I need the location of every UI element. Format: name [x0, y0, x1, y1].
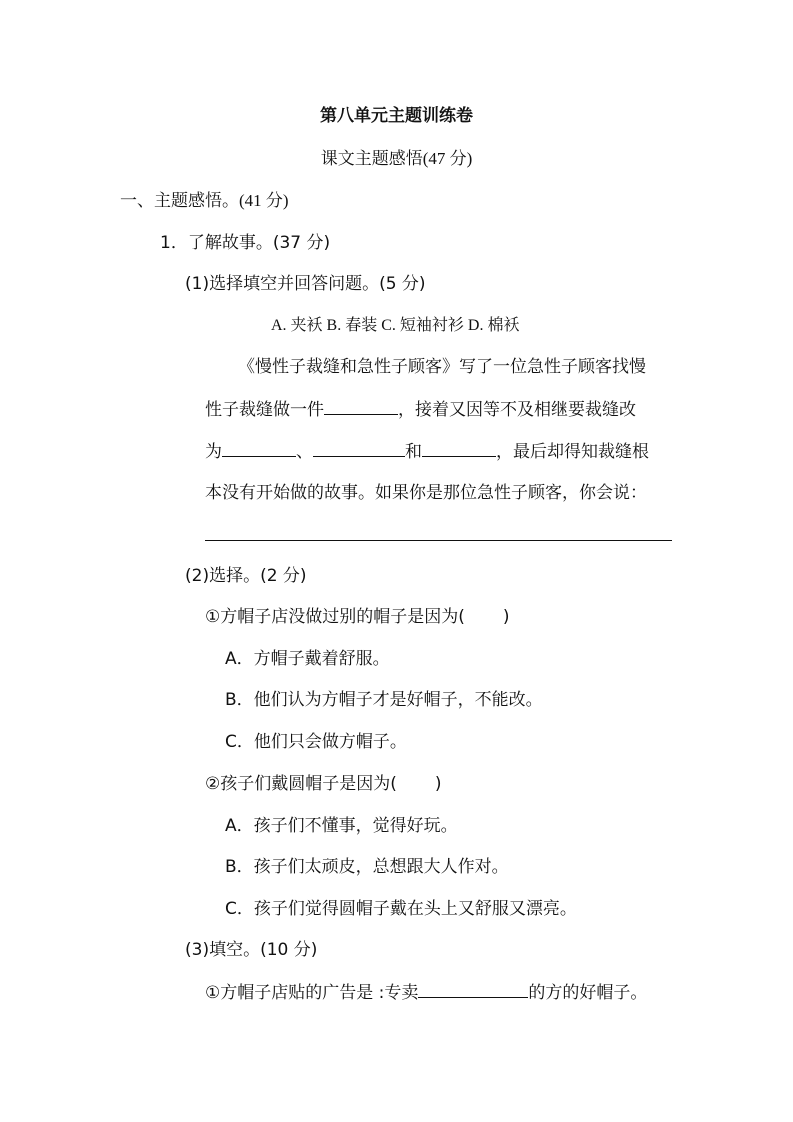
option-2a-c: C．他们只会做方帽子。	[225, 731, 407, 753]
answer-blank-1[interactable]	[324, 398, 398, 415]
answer-blank-3[interactable]	[313, 440, 405, 457]
paren-close: )	[435, 774, 442, 794]
option-2b-b: B．孩子们太顽皮，总想跟大人作对。	[225, 856, 509, 878]
answer-blank-2[interactable]	[222, 440, 296, 457]
paragraph-text: 为	[205, 442, 222, 462]
paragraph-text: ，最后却得知裁缝根	[496, 442, 649, 462]
paren-close: )	[503, 607, 510, 627]
subtitle-text: 课文主题感悟	[321, 149, 423, 169]
answer-blank-5[interactable]	[418, 981, 528, 998]
part-2-heading: (2)选择。(2 分)	[185, 565, 307, 587]
question-2a-stem: ①方帽子店没做过别的帽子是因为()	[205, 606, 510, 628]
paragraph-line-3: 为、和，最后却得知裁缝根	[205, 440, 649, 463]
question-2b-stem: ②孩子们戴圆帽子是因为()	[205, 773, 442, 795]
option-2b-a: A．孩子们不懂事，觉得好玩。	[225, 815, 458, 837]
paragraph-text: ，接着又因等不及相继要裁缝改	[398, 400, 636, 420]
option-2a-a: A．方帽子戴着舒服。	[225, 648, 390, 670]
section-1-label: 一、主题感悟。	[120, 191, 239, 211]
question-1-heading: 1．了解故事。(37 分)	[160, 232, 330, 254]
part-1-heading: (1)选择填空并回答问题。(5 分)	[185, 273, 426, 295]
option-2a-b: B．他们认为方帽子才是好帽子，不能改。	[225, 689, 543, 711]
page-title: 第八单元主题训练卷	[0, 105, 793, 127]
paragraph-line-4: 本没有开始做的故事。如果你是那位急性子顾客，你会说：	[205, 482, 647, 504]
option-2b-c: C．孩子们觉得圆帽子戴在头上又舒服又漂亮。	[225, 898, 577, 920]
answer-blank-4[interactable]	[422, 440, 496, 457]
part-1-options: A. 夹袄 B. 春装 C. 短袖衬衫 D. 棉袄	[271, 315, 519, 337]
paragraph-text: 性子裁缝做一件	[205, 400, 324, 420]
paragraph-line-1: 《慢性子裁缝和急性子顾客》写了一位急性子顾客找慢	[238, 356, 646, 378]
subtitle-score: (47 分)	[423, 149, 473, 168]
question-text: 的方的好帽子。	[528, 983, 647, 1003]
paragraph-text: 和	[405, 442, 422, 462]
answer-line-full[interactable]	[205, 540, 672, 541]
question-3a: ①方帽子店贴的广告是 :专卖的方的好帽子。	[205, 981, 647, 1004]
question-text: ①方帽子店贴的广告是 :专卖	[205, 983, 418, 1003]
paragraph-text: 、	[296, 442, 313, 462]
section-1-heading: 一、主题感悟。(41 分)	[120, 190, 289, 212]
paragraph-line-2: 性子裁缝做一件，接着又因等不及相继要裁缝改	[205, 398, 636, 421]
question-text: ①方帽子店没做过别的帽子是因为(	[205, 607, 465, 627]
question-text: ②孩子们戴圆帽子是因为(	[205, 774, 397, 794]
section-1-score: (41 分)	[239, 191, 289, 210]
part-3-heading: (3)填空。(10 分)	[185, 939, 317, 961]
page-subtitle: 课文主题感悟(47 分)	[0, 148, 793, 170]
